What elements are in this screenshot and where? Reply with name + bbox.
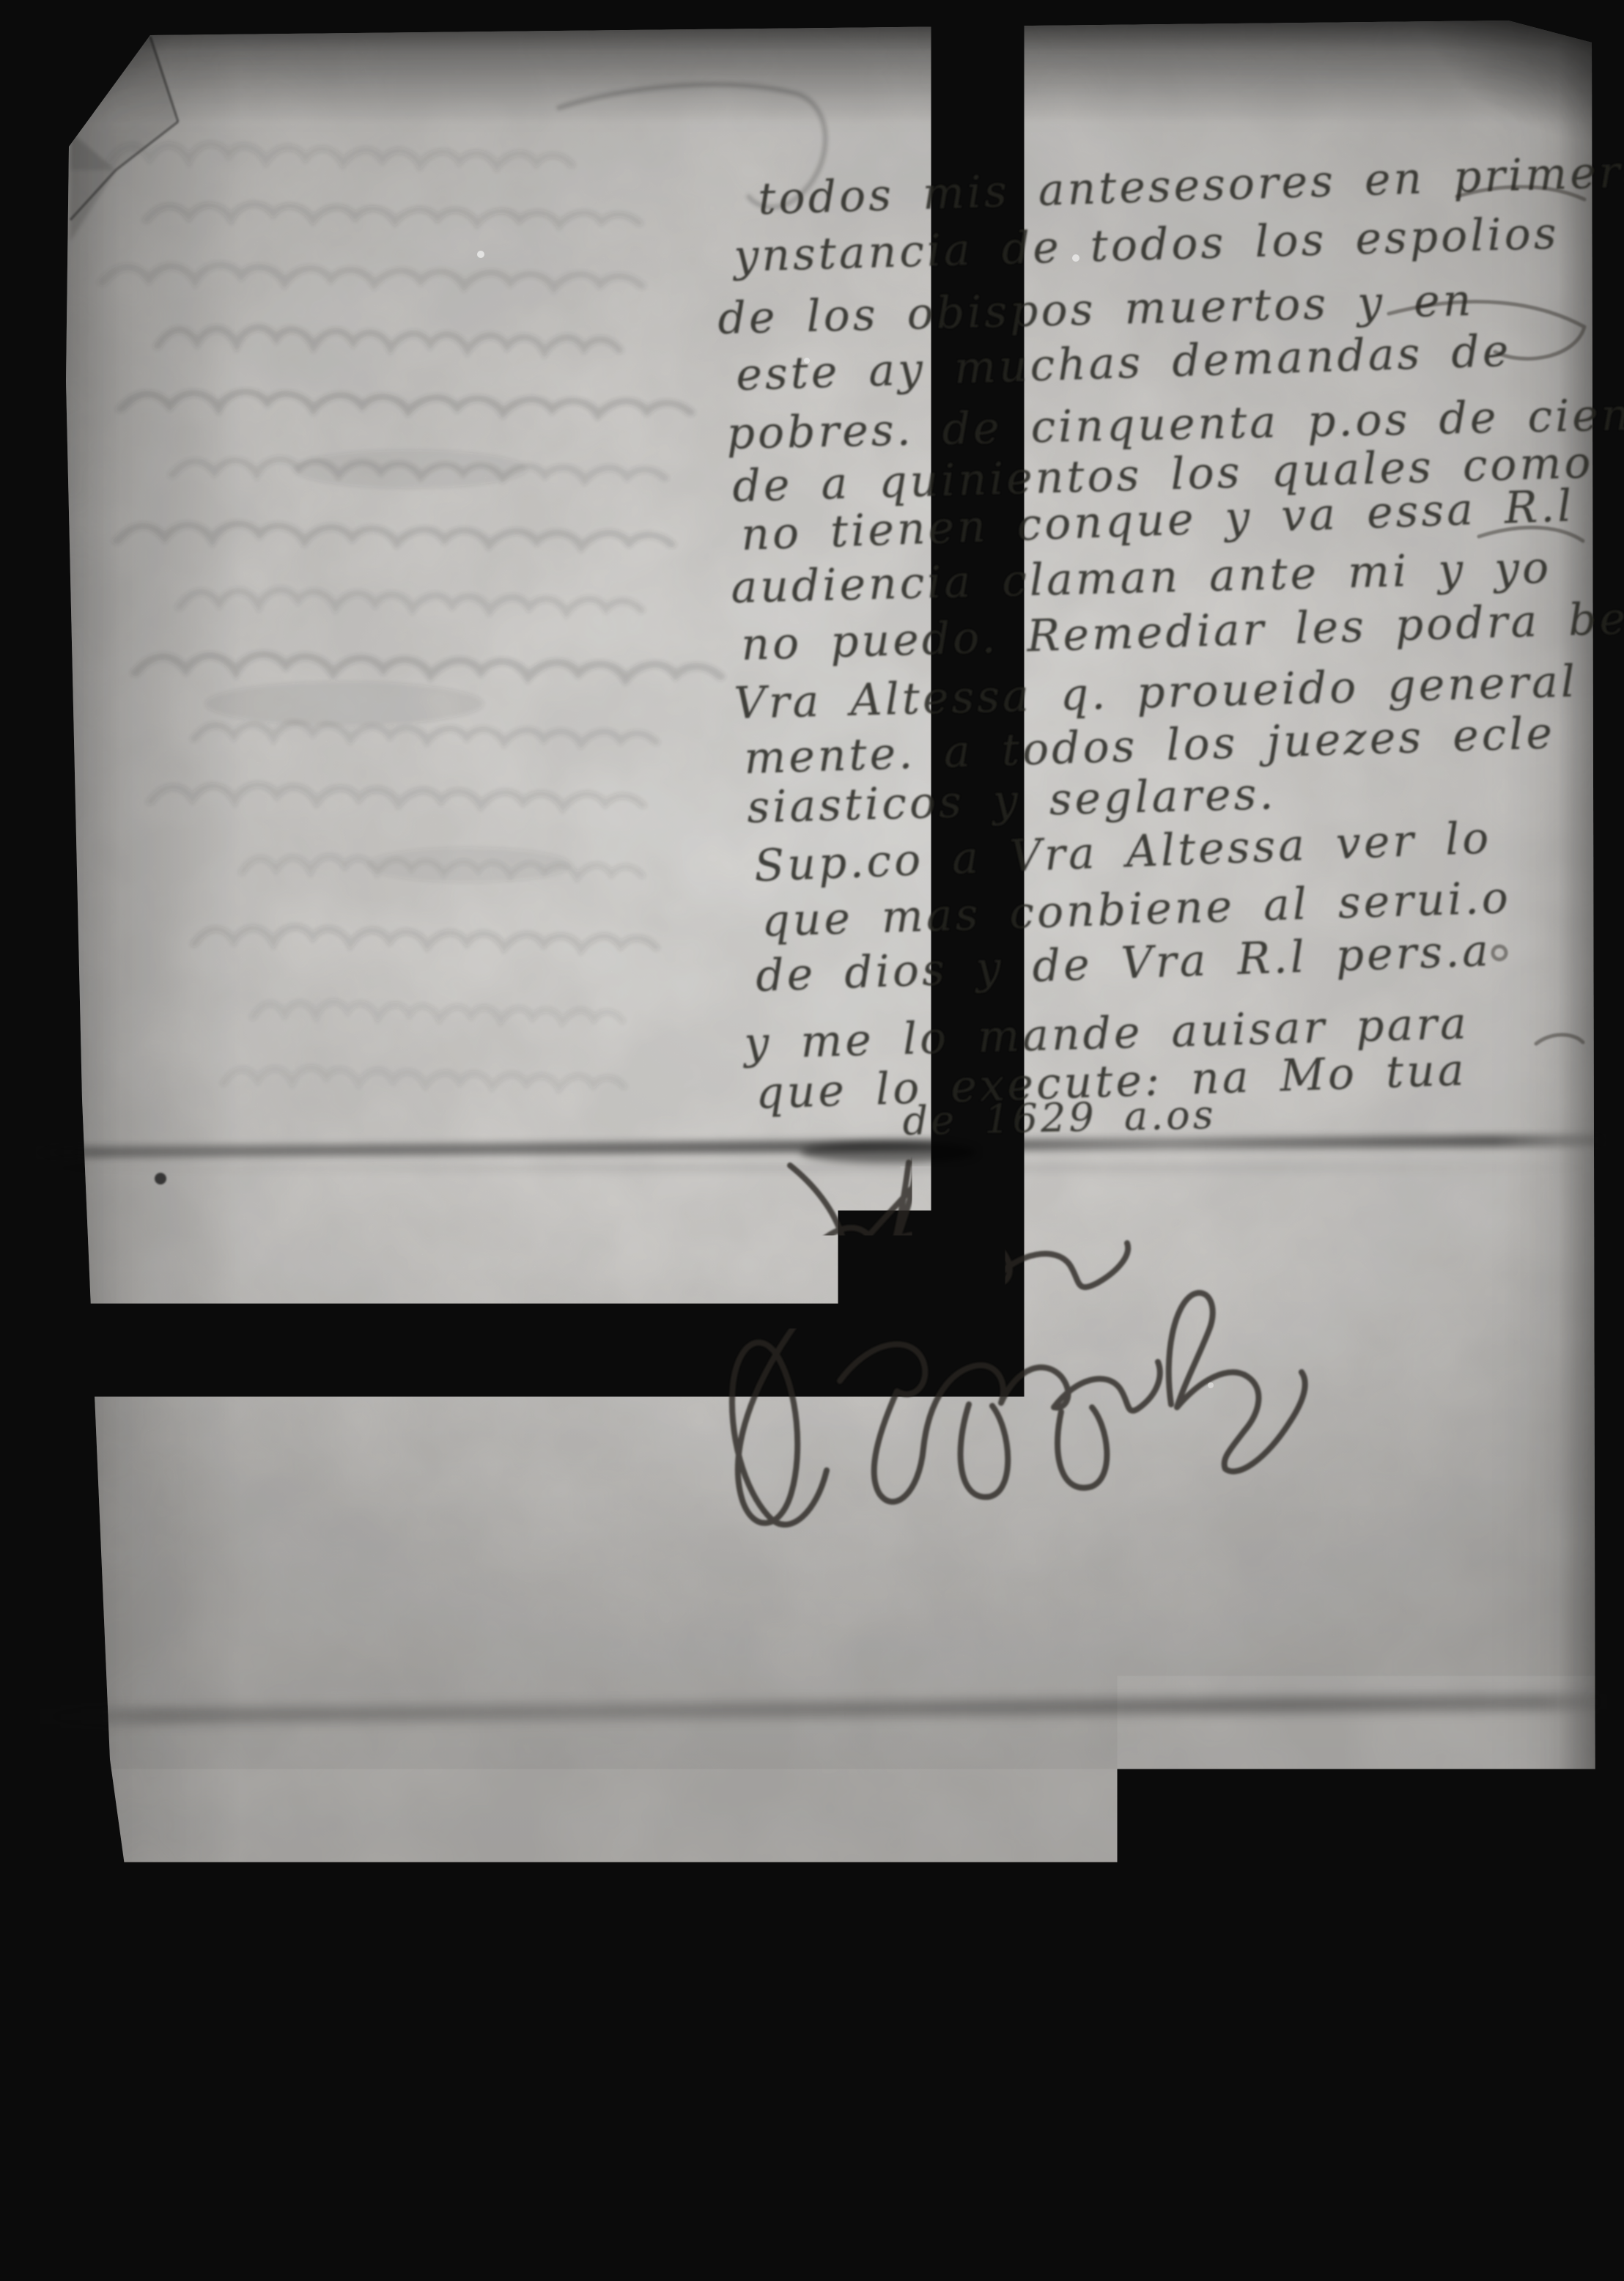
film-grain-overlay — [0, 0, 1624, 2281]
photostat-frame: todos mis antesesores en primera ynstanc… — [0, 0, 1624, 2281]
